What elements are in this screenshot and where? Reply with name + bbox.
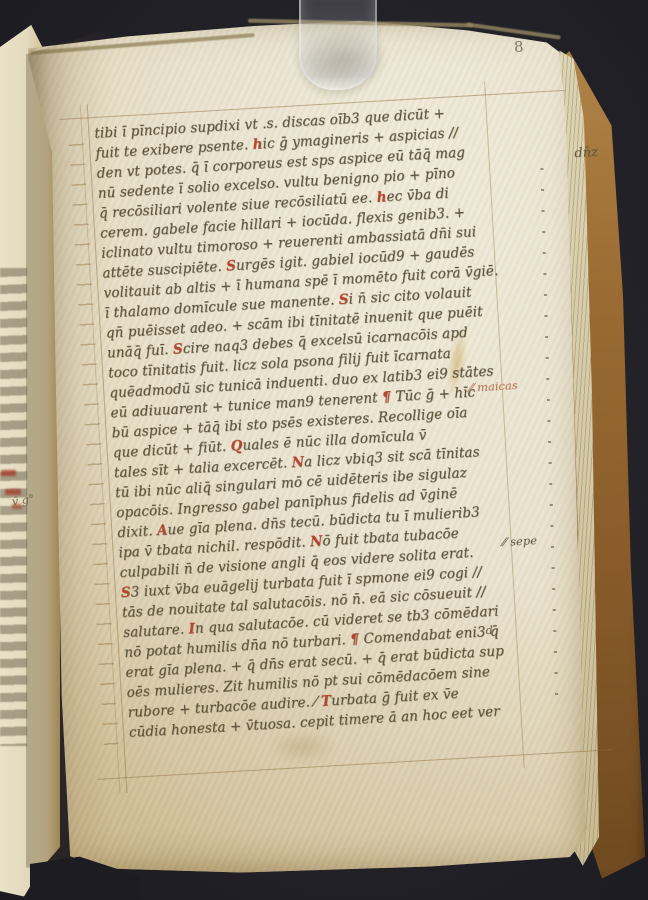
plastic-clip [299,0,377,90]
margin-note-sepe: ⁄⁄ sepe [502,533,537,549]
text-block: tibi ī pīncipio supdixi vt .s. discas oī… [94,103,530,765]
rubricated-initial: Q [230,438,243,455]
rubricated-initial: N [310,534,323,551]
facing-page-rubric-mark [1,470,16,476]
rubricated-initial: ¶ [350,631,364,648]
folio-number: 8 [514,38,524,56]
manuscript-text-lines: tibi ī pīncipio supdixi vt .s. discas oī… [94,103,529,745]
margin-note-dmz: dn̄z [574,145,598,161]
line-text: dixit. [117,523,157,541]
line-text: unāq̄ fuī. [107,342,174,362]
line-text: ec v̄ba di [386,186,449,206]
line-text: salutare. [123,621,189,641]
manuscript-photo: { "photo": { "description": "Medieval ma… [0,0,648,900]
margin-note-d: d [485,624,493,637]
margin-note-maicas: ⁄⁄ maicas [469,378,518,395]
line-text: Tūc ḡ + hīc [395,385,476,406]
